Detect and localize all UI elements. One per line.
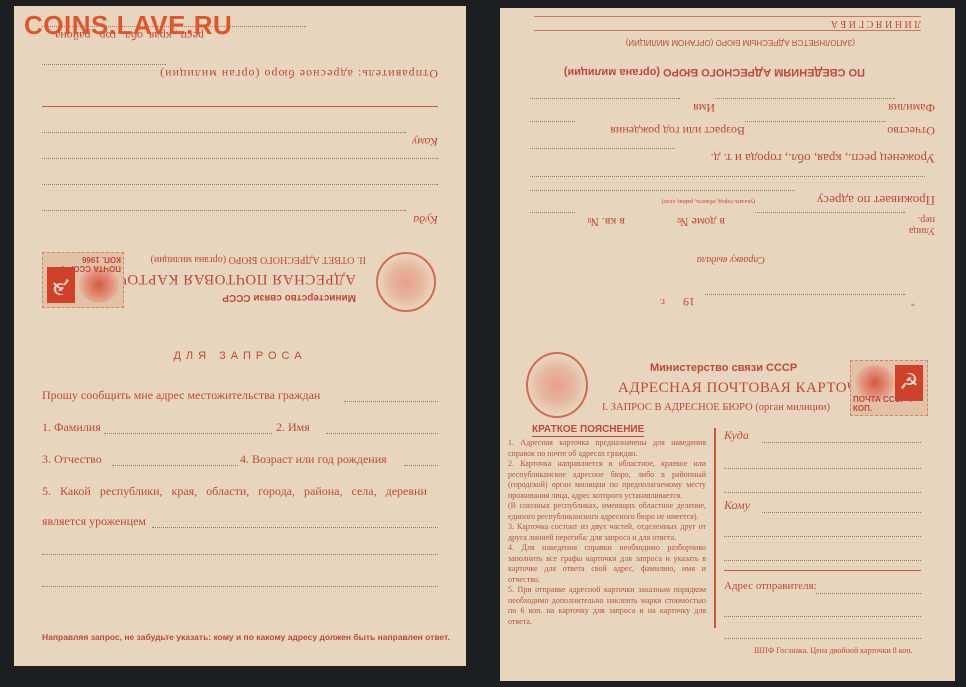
field-patronymic-label: 3. Отчество	[42, 452, 102, 467]
bureau-heading: ПО СВЕДЕНИЯМ АДРЕСНОГО БЮРО (органа мили…	[564, 66, 865, 78]
kuda-label: Куда	[413, 212, 438, 227]
ministry-label: Министерство связи СССР	[650, 362, 797, 374]
street-label: Улица пер.	[905, 214, 935, 236]
kuda-label: Куда	[724, 428, 749, 443]
komu-input-line2[interactable]	[724, 536, 921, 537]
extra-line-input[interactable]	[42, 586, 438, 587]
name-input[interactable]	[326, 433, 438, 434]
extra-line-input[interactable]	[42, 554, 438, 555]
card-title: АДРЕСНАЯ ПОЧТОВАЯ КАРТОЧКА	[95, 270, 356, 287]
footer-note: Направляя запрос, не забудьте указать: к…	[42, 632, 450, 642]
dotted-line	[42, 64, 166, 65]
fold-line-label: Л И Н И Я С Г И Б А	[831, 18, 921, 29]
fold-line	[534, 30, 921, 31]
explanation-item: 4. Для наведения справки необходимо разб…	[508, 543, 706, 585]
sender-label: Отправитель: адресное бюро (орган милици…	[159, 66, 438, 81]
dotted-line	[530, 176, 925, 177]
ussr-emblem-icon	[376, 252, 436, 312]
reply-card-left: респ., края, обл., гор., района Отправит…	[14, 6, 466, 666]
request-heading: ДЛЯ ЗАПРОСА	[14, 350, 466, 362]
watermark: COINS.LAVE.RU	[24, 10, 232, 41]
vertical-divider	[714, 428, 716, 628]
lives-label: Проживает по адресу	[817, 192, 935, 208]
kuda-input[interactable]	[762, 442, 921, 443]
house-label: в доме №	[677, 214, 725, 229]
dotted-line	[530, 148, 675, 149]
card-title: АДРЕСНАЯ ПОЧТОВАЯ КАРТОЧКА	[618, 380, 879, 397]
date-year: 19	[683, 294, 695, 309]
card-subtitle: II. ОТВЕТ АДРЕСНОГО БЮРО (органа милиции…	[151, 254, 366, 265]
explanation-item: 5. При отправке адресной карточки заказн…	[508, 585, 706, 627]
komu-label: Кому	[412, 134, 438, 149]
sender-label: Адрес отправителя:	[724, 580, 817, 592]
kuda-input-line3[interactable]	[724, 492, 921, 493]
fill-note: (ЗАПОЛНЯЕТСЯ АДРЕСНЫМ БЮРО (ОРГАНОМ МИЛИ…	[626, 38, 855, 47]
explanation-item: (В союзных республиках, имеющих областно…	[508, 501, 706, 522]
postage-stamp: ☭ ПОЧТА СССР 4 КОП. 1966	[42, 252, 124, 308]
dotted-line	[42, 132, 406, 133]
sender-input-line2[interactable]	[724, 616, 921, 617]
age-label: Возраст или год рождения	[610, 123, 745, 138]
solid-divider	[724, 570, 921, 571]
dotted-line	[530, 212, 575, 213]
explanation-item: 2. Карточка направляется в областное, кр…	[508, 459, 706, 501]
sender-input-line3[interactable]	[724, 638, 921, 639]
dotted-line	[42, 184, 438, 185]
field-age-label: 4. Возраст или год рождения	[240, 452, 387, 467]
explanation-item: 1. Адресная карточка предназначены для н…	[508, 438, 706, 459]
hint-label: (указать город, область, район, село)	[662, 198, 755, 204]
dotted-line	[745, 121, 885, 122]
born-label: Уроженец респ., края, обл., города и т. …	[711, 150, 935, 166]
stamp-post: ПОЧТА СССР	[853, 395, 906, 404]
ussr-emblem-icon	[526, 352, 588, 418]
name-label: Имя	[693, 100, 715, 115]
dotted-line	[715, 98, 895, 99]
explanation-list: 1. Адресная карточка предназначены для н…	[508, 438, 706, 627]
solid-divider	[42, 106, 438, 107]
dotted-line	[705, 294, 905, 295]
stamp-caption: ПОЧТА СССР 4 КОП.	[853, 395, 925, 413]
field-name-label: 2. Имя	[276, 420, 310, 435]
upside-down-answer-section: Л И Н И Я С Г И Б А (ЗАПОЛНЯЕТСЯ АДРЕСНЫ…	[500, 8, 955, 330]
stamp-caption: ПОЧТА СССР 4 КОП. 1966	[45, 255, 121, 273]
request-text: Прошу сообщить мне адрес местожительства…	[42, 388, 320, 403]
postage-stamp: ☭ ПОЧТА СССР 4 КОП.	[850, 360, 928, 416]
field-birthplace-label-2: является уроженцем	[42, 514, 146, 529]
dotted-line	[42, 210, 406, 211]
dotted-line	[344, 401, 438, 402]
dotted-line	[530, 98, 680, 99]
field-surname-label: 1. Фамилия	[42, 420, 101, 435]
explanation-item: 3. Карточка состоит из двух частей, отде…	[508, 522, 706, 543]
dotted-line	[530, 190, 795, 191]
dotted-line	[42, 158, 438, 159]
upside-down-reply-section: респ., края, обл., гор., района Отправит…	[14, 6, 466, 326]
card-subtitle: I. ЗАПРОС В АДРЕСНОЕ БЮРО (орган милиции…	[602, 402, 830, 413]
komu-input[interactable]	[762, 512, 921, 513]
quote-mark: "	[911, 296, 915, 307]
surname-input[interactable]	[104, 433, 272, 434]
surname-label: Фамилия	[888, 100, 935, 115]
date-suffix: г.	[660, 296, 665, 307]
patronymic-label: Отчество	[887, 123, 935, 138]
dotted-line	[755, 212, 905, 213]
dotted-line	[530, 121, 575, 122]
request-card-right: Л И Н И Я С Г И Б А (ЗАПОЛНЯЕТСЯ АДРЕСНЫ…	[500, 8, 955, 681]
explanation-title: КРАТКОЕ ПОЯСНЕНИЕ	[532, 424, 644, 437]
apt-label: в кв. №	[587, 214, 625, 229]
sender-input[interactable]	[816, 593, 921, 594]
birthplace-input[interactable]	[152, 527, 438, 528]
ministry-label: Министерство связи СССР	[222, 292, 356, 303]
komu-input-line3[interactable]	[724, 560, 921, 561]
fold-line	[534, 16, 921, 17]
field-birthplace-label: 5. Какой республики, края, области, горо…	[42, 484, 427, 499]
patronymic-input[interactable]	[112, 465, 238, 466]
signature-label: Справку выдала	[697, 254, 765, 265]
age-input[interactable]	[404, 465, 438, 466]
footer-printer: ШПФ Госзнака. Цена двойной карточки 8 ко…	[754, 646, 913, 655]
komu-label: Кому	[724, 498, 750, 513]
kuda-input-line2[interactable]	[724, 468, 921, 469]
